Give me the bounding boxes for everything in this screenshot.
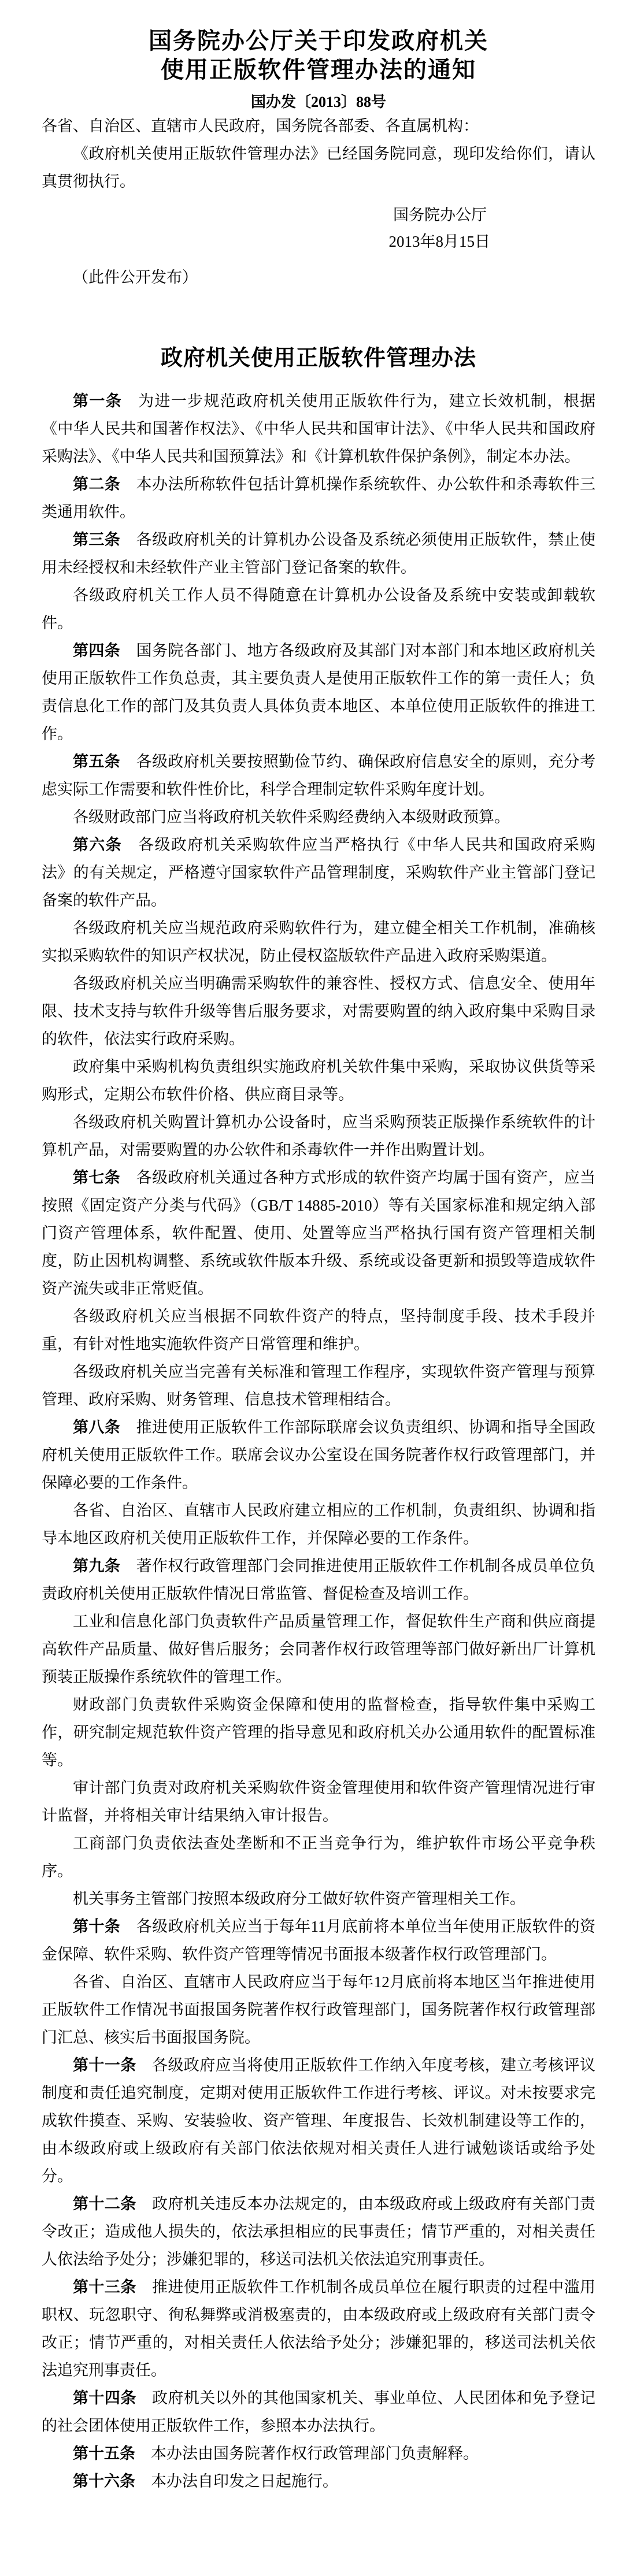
continuation-paragraph: 财政部门负责软件采购资金保障和使用的监督检查，指导软件集中采购工作，研究制定规范… — [42, 1691, 595, 1774]
article-paragraph: 第三条 各级政府机关的计算机办公设备及系统必须使用正版软件，禁止使用未经授权和未… — [42, 526, 595, 581]
article-paragraph: 第一条 为进一步规范政府机关使用正版软件行为，建立长效机制，根据《中华人民共和国… — [42, 387, 595, 470]
continuation-paragraph: 各省、自治区、直辖市人民政府建立相应的工作机制，负责组织、协调和指导本地区政府机… — [42, 1497, 595, 1552]
article-paragraph: 第十二条 政府机关违反本办法规定的，由本级政府或上级政府有关部门责令改正；造成他… — [42, 2190, 595, 2273]
continuation-paragraph: 各级财政部门应当将政府机关软件采购经费纳入本级财政预算。 — [42, 803, 595, 831]
continuation-paragraph: 各省、自治区、直辖市人民政府应当于每年12月底前将本地区当年推进使用正版软件工作… — [42, 1968, 595, 2051]
continuation-paragraph: 工业和信息化部门负责软件产品质量管理工作，督促软件生产商和供应商提高软件产品质量… — [42, 1608, 595, 1691]
signature-agency: 国务院办公厅 — [42, 201, 595, 229]
continuation-paragraph: 各级政府机关应当根据不同软件资产的特点，坚持制度手段、技术手段并重，有针对性地实… — [42, 1302, 595, 1358]
article-paragraph: 第十一条 各级政府应当将使用正版软件工作纳入年度考核，建立考核评议制度和责任追究… — [42, 2051, 595, 2190]
continuation-paragraph: 各级政府机关应当规范政府采购软件行为，建立健全相关工作机制，准确核实拟采购软件的… — [42, 914, 595, 970]
article-number: 第十四条 — [73, 2389, 136, 2407]
salutation: 各省、自治区、直辖市人民政府，国务院各部委、各直属机构： — [42, 112, 595, 140]
continuation-paragraph: 各级政府机关工作人员不得随意在计算机办公设备及系统中安装或卸载软件。 — [42, 581, 595, 637]
continuation-paragraph: 工商部门负责依法查处垄断和不正当竞争行为，维护软件市场公平竞争秩序。 — [42, 1829, 595, 1885]
article-paragraph: 第十四条 政府机关以外的其他国家机关、事业单位、人民团体和免予登记的社会团体使用… — [42, 2384, 595, 2440]
continuation-paragraph: 政府集中采购机构负责组织实施政府机关软件集中采购，采取协议供货等采购形式，定期公… — [42, 1053, 595, 1108]
article-number: 第七条 — [73, 1169, 120, 1186]
article-number: 第八条 — [73, 1419, 120, 1436]
measures-body: 第一条 为进一步规范政府机关使用正版软件行为，建立长效机制，根据《中华人民共和国… — [42, 387, 595, 2495]
notice-title-line-2: 使用正版软件管理办法的通知 — [161, 57, 476, 83]
continuation-paragraph: 审计部门负责对政府机关采购软件资金管理使用和软件资产管理情况进行审计监督，并将相… — [42, 1774, 595, 1829]
article-number: 第九条 — [73, 1557, 120, 1575]
signature-date: 2013年8月15日 — [42, 229, 595, 254]
article-number: 第一条 — [73, 392, 122, 410]
continuation-paragraph: 机关事务主管部门按照本级政府分工做好软件资产管理相关工作。 — [42, 1885, 595, 1913]
notice-title: 国务院办公厅关于印发政府机关 使用正版软件管理办法的通知 — [42, 27, 595, 84]
article-paragraph: 第二条 本办法所称软件包括计算机操作系统软件、办公软件和杀毒软件三类通用软件。 — [42, 470, 595, 526]
article-number: 第十三条 — [73, 2278, 136, 2296]
article-number: 第五条 — [73, 753, 120, 770]
article-number: 第二条 — [73, 476, 120, 493]
doc-number: 国办发〔2013〕88号 — [42, 92, 595, 112]
article-number: 第十五条 — [73, 2445, 135, 2462]
document-page: 国务院办公厅关于印发政府机关 使用正版软件管理办法的通知 国办发〔2013〕88… — [0, 0, 633, 2576]
article-paragraph: 第六条 各级政府机关采购软件应当严格执行《中华人民共和国政府采购法》的有关规定，… — [42, 831, 595, 914]
article-number: 第十条 — [73, 1918, 120, 1935]
article-paragraph: 第五条 各级政府机关要按照勤俭节约、确保政府信息安全的原则，充分考虑实际工作需要… — [42, 748, 595, 803]
article-paragraph: 第十五条 本办法由国务院著作权行政管理部门负责解释。 — [42, 2440, 595, 2467]
notice-body-paragraph: 《政府机关使用正版软件管理办法》已经国务院同意，现印发给你们，请认真贯彻执行。 — [42, 140, 595, 195]
article-number: 第六条 — [73, 836, 122, 853]
article-number: 第三条 — [73, 531, 120, 548]
continuation-paragraph: 各级政府机关购置计算机办公设备时，应当采购预装正版操作系统软件的计算机产品，对需… — [42, 1108, 595, 1164]
measures-title: 政府机关使用正版软件管理办法 — [42, 344, 595, 372]
article-number: 第四条 — [73, 642, 120, 659]
article-paragraph: 第四条 国务院各部门、地方各级政府及其部门对本部门和本地区政府机关使用正版软件工… — [42, 637, 595, 748]
article-paragraph: 第十条 各级政府机关应当于每年11月底前将本单位当年使用正版软件的资金保障、软件… — [42, 1913, 595, 1968]
article-paragraph: 第九条 著作权行政管理部门会同推进使用正版软件工作机制各成员单位负责政府机关使用… — [42, 1552, 595, 1608]
article-paragraph: 第十六条 本办法自印发之日起施行。 — [42, 2467, 595, 2495]
article-number: 第十六条 — [73, 2473, 135, 2490]
article-paragraph: 第八条 推进使用正版软件工作部际联席会议负责组织、协调和指导全国政府机关使用正版… — [42, 1413, 595, 1497]
continuation-paragraph: 各级政府机关应当完善有关标准和管理工作程序，实现软件资产管理与预算管理、政府采购… — [42, 1358, 595, 1413]
article-paragraph: 第十三条 推进使用正版软件工作机制各成员单位在履行职责的过程中滥用职权、玩忽职守… — [42, 2273, 595, 2384]
notice-title-line-1: 国务院办公厅关于印发政府机关 — [149, 28, 488, 54]
article-number: 第十二条 — [73, 2195, 136, 2213]
publish-note: （此件公开发布） — [42, 263, 595, 291]
continuation-paragraph: 各级政府机关应当明确需采购软件的兼容性、授权方式、信息安全、使用年限、技术支持与… — [42, 970, 595, 1053]
article-paragraph: 第七条 各级政府机关通过各种方式形成的软件资产均属于国有资产，应当按照《固定资产… — [42, 1164, 595, 1302]
article-number: 第十一条 — [73, 2057, 136, 2074]
